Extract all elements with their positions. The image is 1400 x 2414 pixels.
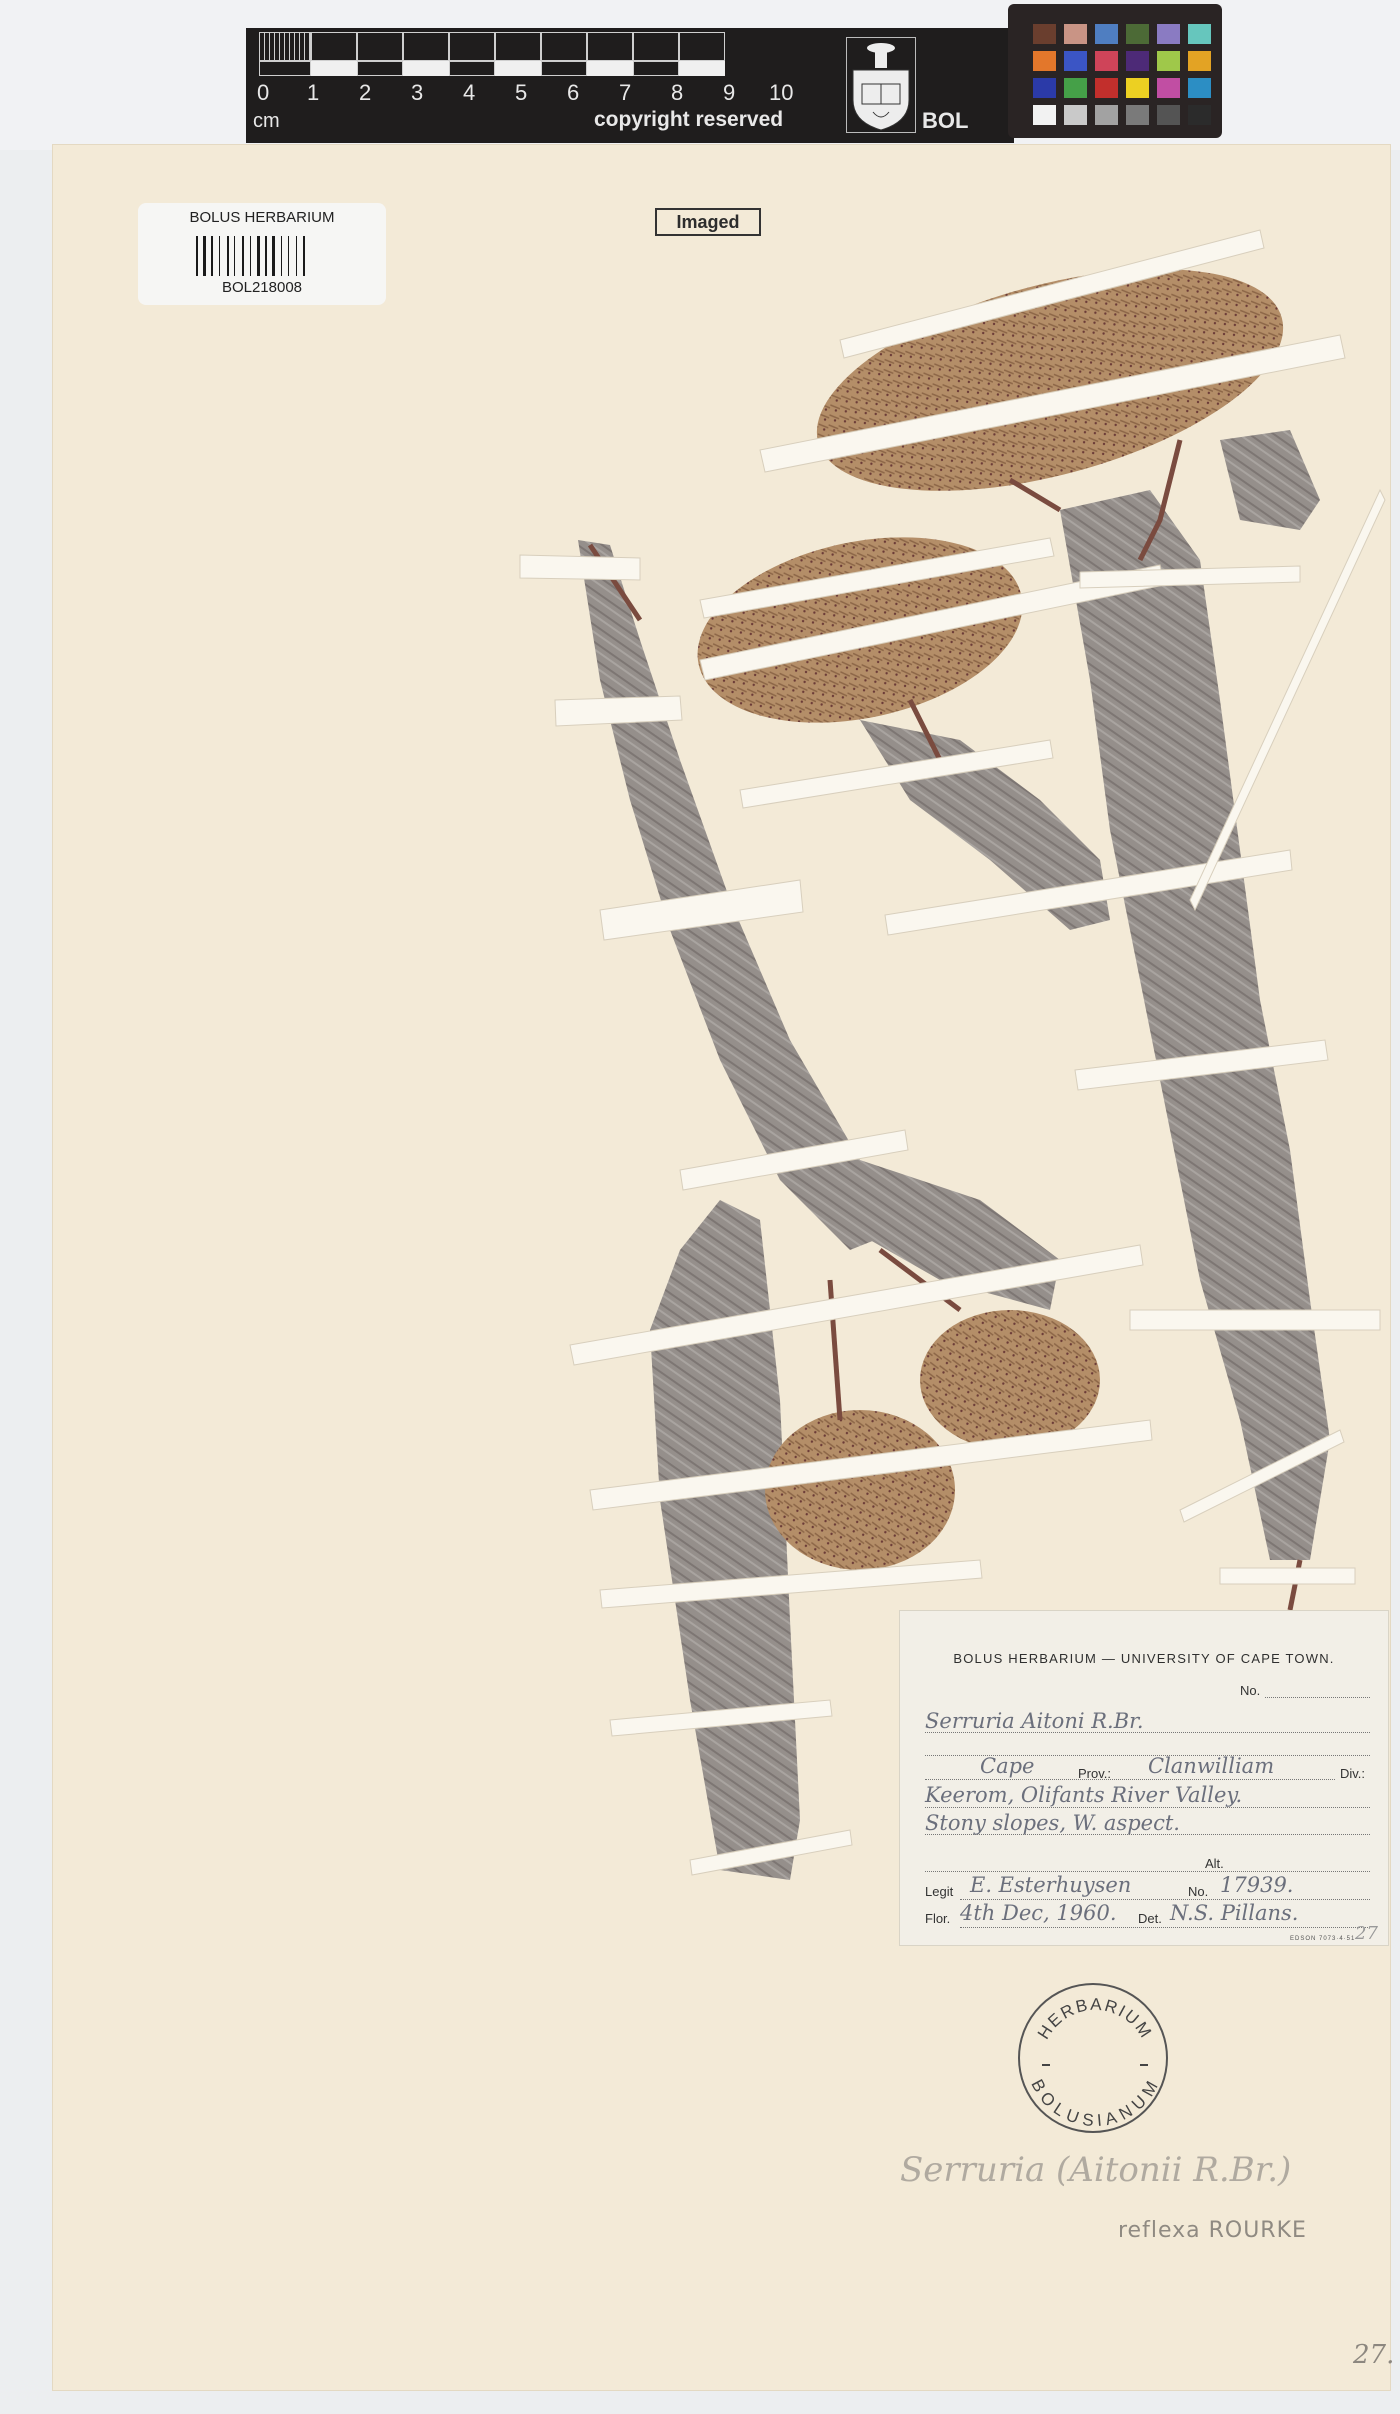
division-label: Div.:	[1340, 1766, 1365, 1781]
label-header: BOLUS HERBARIUM — UNIVERSITY OF CAPE TOW…	[900, 1651, 1388, 1666]
printer-mark: EDSON 7073·4·51	[1290, 1936, 1355, 1942]
label-sheet-number: 27	[1355, 1923, 1378, 1944]
specimen-label: BOLUS HERBARIUM — UNIVERSITY OF CAPE TOW…	[899, 1610, 1389, 1946]
stamp-top-text: HERBARIUM	[1034, 1995, 1156, 2043]
svg-text:BOLUSIANUM: BOLUSIANUM	[1027, 2076, 1162, 2130]
stamp-bottom-text: BOLUSIANUM	[1027, 2076, 1162, 2130]
pressed-plant-specimen	[0, 0, 1400, 2414]
herbarium-bolusianum-stamp: HERBARIUM BOLUSIANUM	[1018, 1983, 1168, 2133]
determination-name: Serruria (Aitonii R.Br.)	[900, 2150, 1291, 2190]
sheet-corner-number: 27.	[1353, 2340, 1394, 2370]
flowering-label: Flor.	[925, 1911, 950, 1926]
determination-variant: reflexa ROURKE	[1118, 2218, 1307, 2243]
no-field-label: No.	[1240, 1683, 1260, 1698]
legit-label: Legit	[925, 1884, 953, 1899]
svg-text:HERBARIUM: HERBARIUM	[1034, 1995, 1156, 2043]
